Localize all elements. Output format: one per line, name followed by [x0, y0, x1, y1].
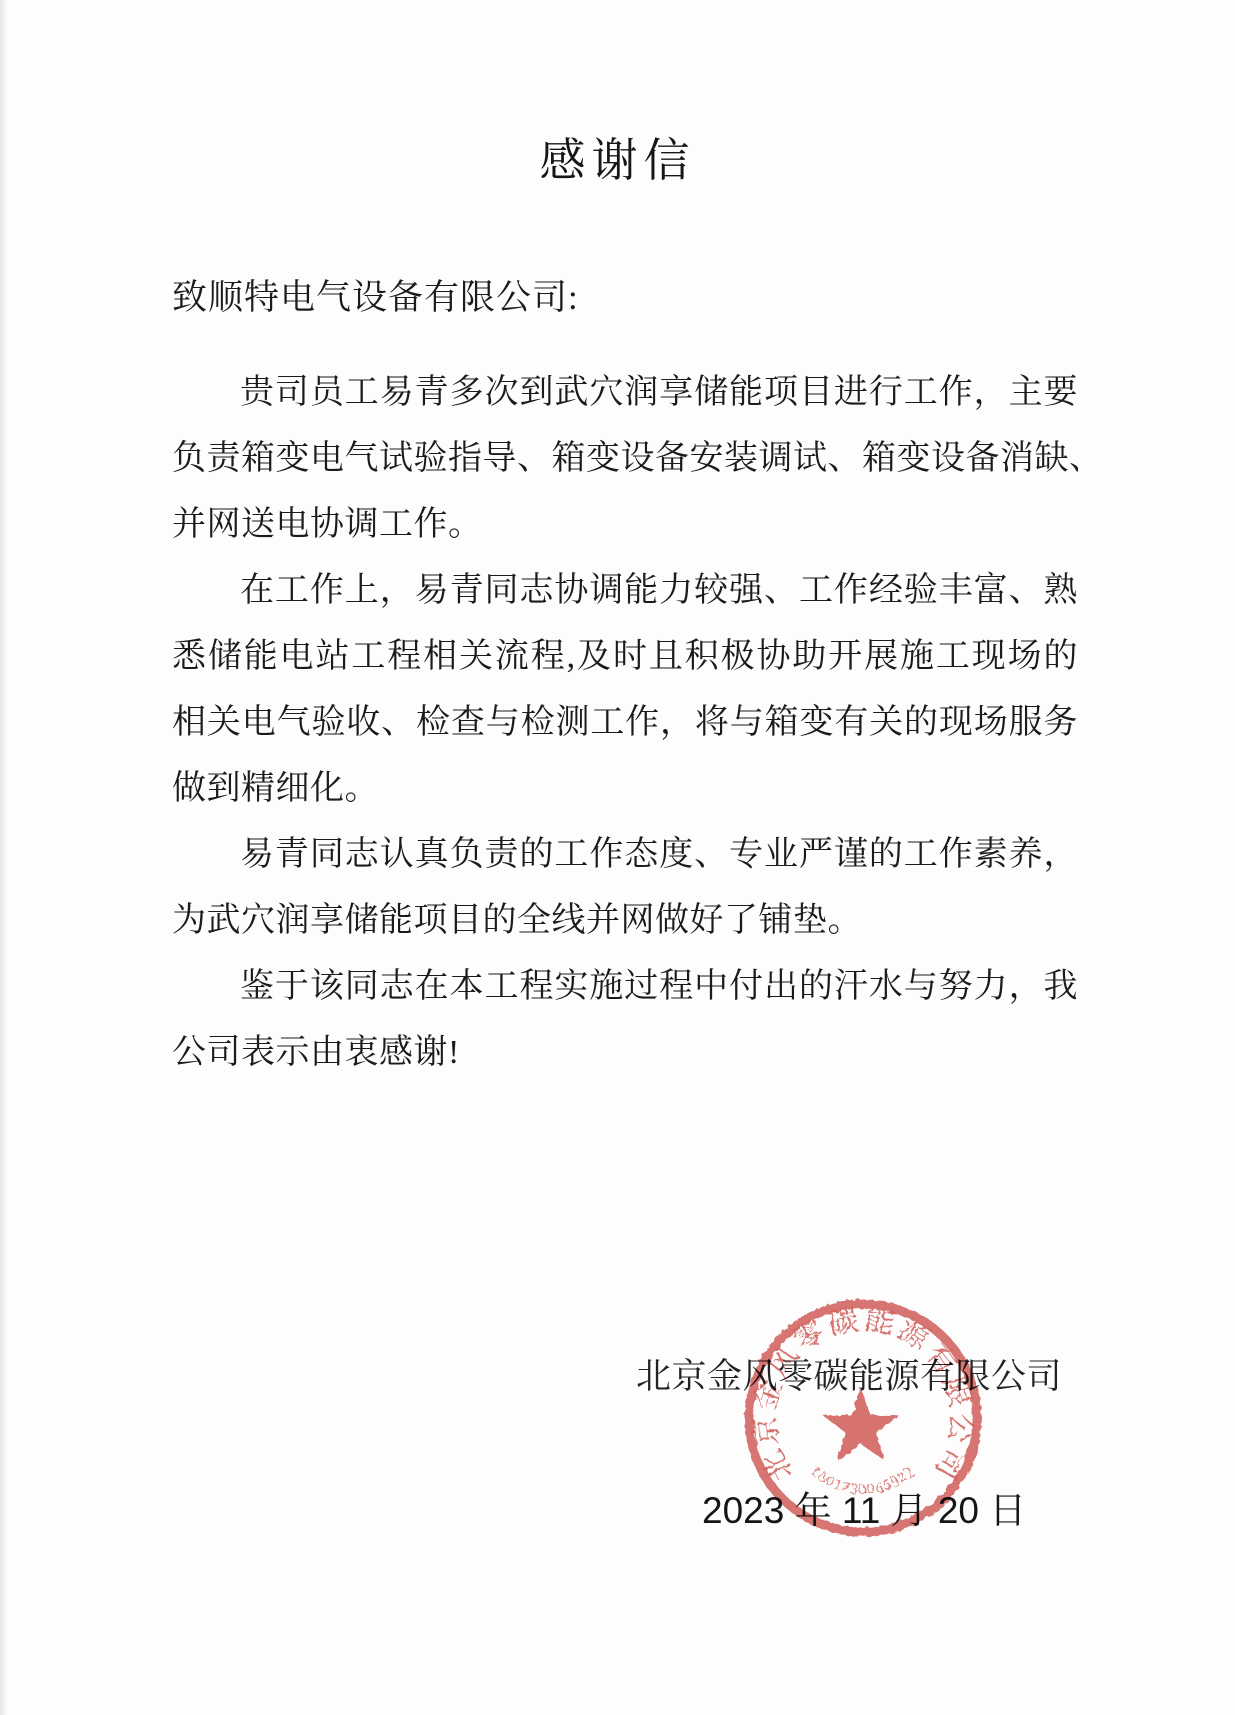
salutation: 致顺特电气设备有限公司:	[172, 270, 579, 320]
body-line: 贵司员工易青多次到武穴润享储能项目进行工作，主要	[172, 360, 1078, 426]
star-icon	[823, 1388, 899, 1460]
letter-body: 贵司员工易青多次到武穴润享储能项目进行工作，主要负责箱变电气试验指导、箱变设备安…	[172, 360, 1078, 1086]
body-line: 为武穴润享储能项目的全线并网做好了铺垫。	[172, 888, 1078, 954]
company-seal: 北京金风零碳能源有限公司 1001730065922	[713, 1268, 1013, 1568]
body-paragraph: 在工作上，易青同志协调能力较强、工作经验丰富、熟悉储能电站工程相关流程,及时且积…	[172, 558, 1078, 822]
body-line: 做到精细化。	[172, 756, 1078, 822]
body-line: 在工作上，易青同志协调能力较强、工作经验丰富、熟	[172, 558, 1078, 624]
body-line: 悉储能电站工程相关流程,及时且积极协助开展施工现场的	[172, 624, 1078, 690]
body-line: 鉴于该同志在本工程实施过程中付出的汗水与努力，我	[172, 954, 1078, 1020]
svg-text:1001730065922: 1001730065922	[807, 1463, 918, 1498]
body-paragraph: 贵司员工易青多次到武穴润享储能项目进行工作，主要负责箱变电气试验指导、箱变设备安…	[172, 360, 1078, 558]
seal-serial-number: 1001730065922	[807, 1463, 918, 1498]
body-line: 相关电气验收、检查与检测工作，将与箱变有关的现场服务	[172, 690, 1078, 756]
body-line: 并网送电协调工作。	[172, 492, 1078, 558]
body-paragraph: 易青同志认真负责的工作态度、专业严谨的工作素养，为武穴润享储能项目的全线并网做好…	[172, 822, 1078, 954]
body-line: 负责箱变电气试验指导、箱变设备安装调试、箱变设备消缺、	[172, 426, 1078, 492]
letter-title: 感谢信	[0, 124, 1235, 190]
letter-page: 感谢信 致顺特电气设备有限公司: 贵司员工易青多次到武穴润享储能项目进行工作，主…	[0, 0, 1235, 1715]
body-line: 公司表示由衷感谢!	[172, 1020, 1078, 1086]
body-line: 易青同志认真负责的工作态度、专业严谨的工作素养，	[172, 822, 1078, 888]
body-paragraph: 鉴于该同志在本工程实施过程中付出的汗水与努力，我公司表示由衷感谢!	[172, 954, 1078, 1086]
